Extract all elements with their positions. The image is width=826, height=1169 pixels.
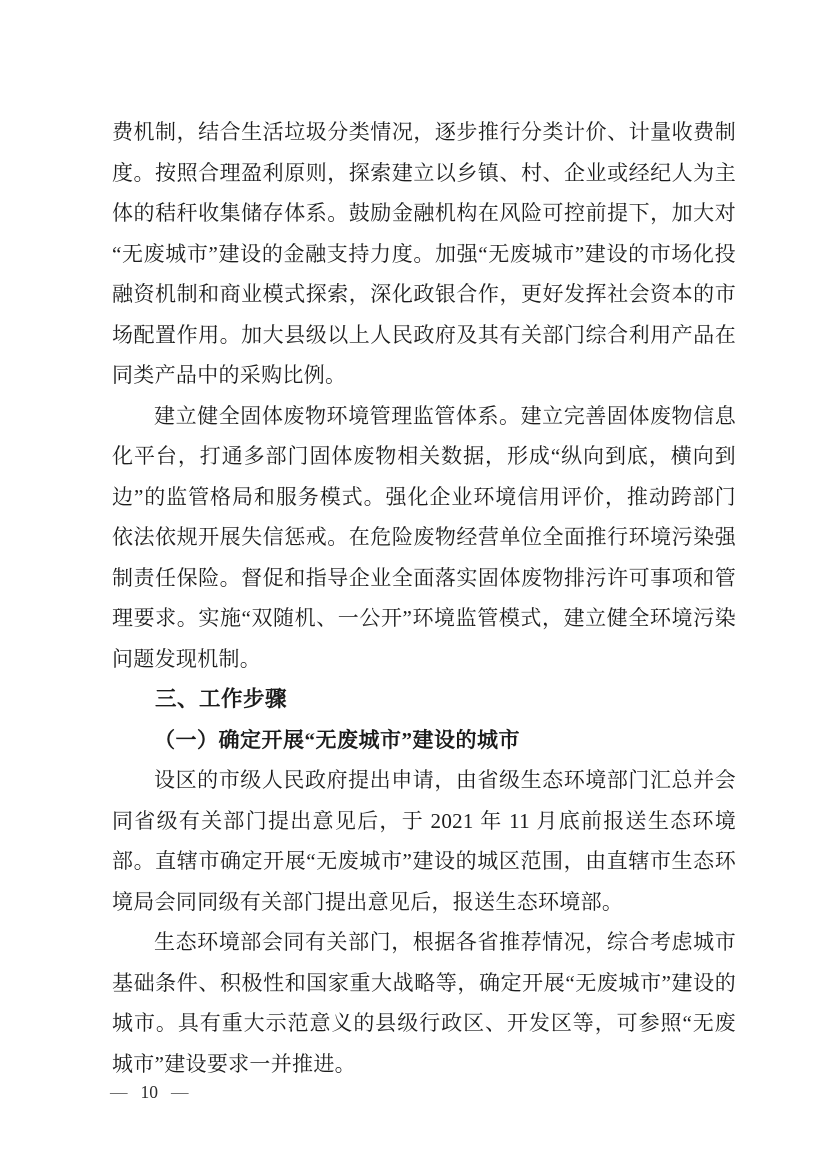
- document-content: 费机制，结合生活垃圾分类情况，逐步推行分类计价、计量收费制度。按照合理盈利原则，…: [112, 112, 736, 1084]
- footer-left-dash: —: [110, 1081, 128, 1103]
- page-footer: — 10 —: [110, 1081, 189, 1103]
- body-paragraph: 费机制，结合生活垃圾分类情况，逐步推行分类计价、计量收费制度。按照合理盈利原则，…: [112, 112, 736, 396]
- body-paragraph: 生态环境部会同有关部门，根据各省推荐情况，综合考虑城市基础条件、积极性和国家重大…: [112, 922, 736, 1084]
- body-paragraph: 建立健全固体废物环境管理监管体系。建立完善固体废物信息化平台，打通多部门固体废物…: [112, 396, 736, 680]
- page-number: 10: [141, 1081, 159, 1103]
- subsection-heading: （一）确定开展“无废城市”建设的城市: [112, 720, 736, 761]
- body-paragraph: 设区的市级人民政府提出申请，由省级生态环境部门汇总并会同省级有关部门提出意见后，…: [112, 760, 736, 922]
- footer-right-dash: —: [171, 1081, 189, 1103]
- section-heading: 三、工作步骤: [112, 679, 736, 720]
